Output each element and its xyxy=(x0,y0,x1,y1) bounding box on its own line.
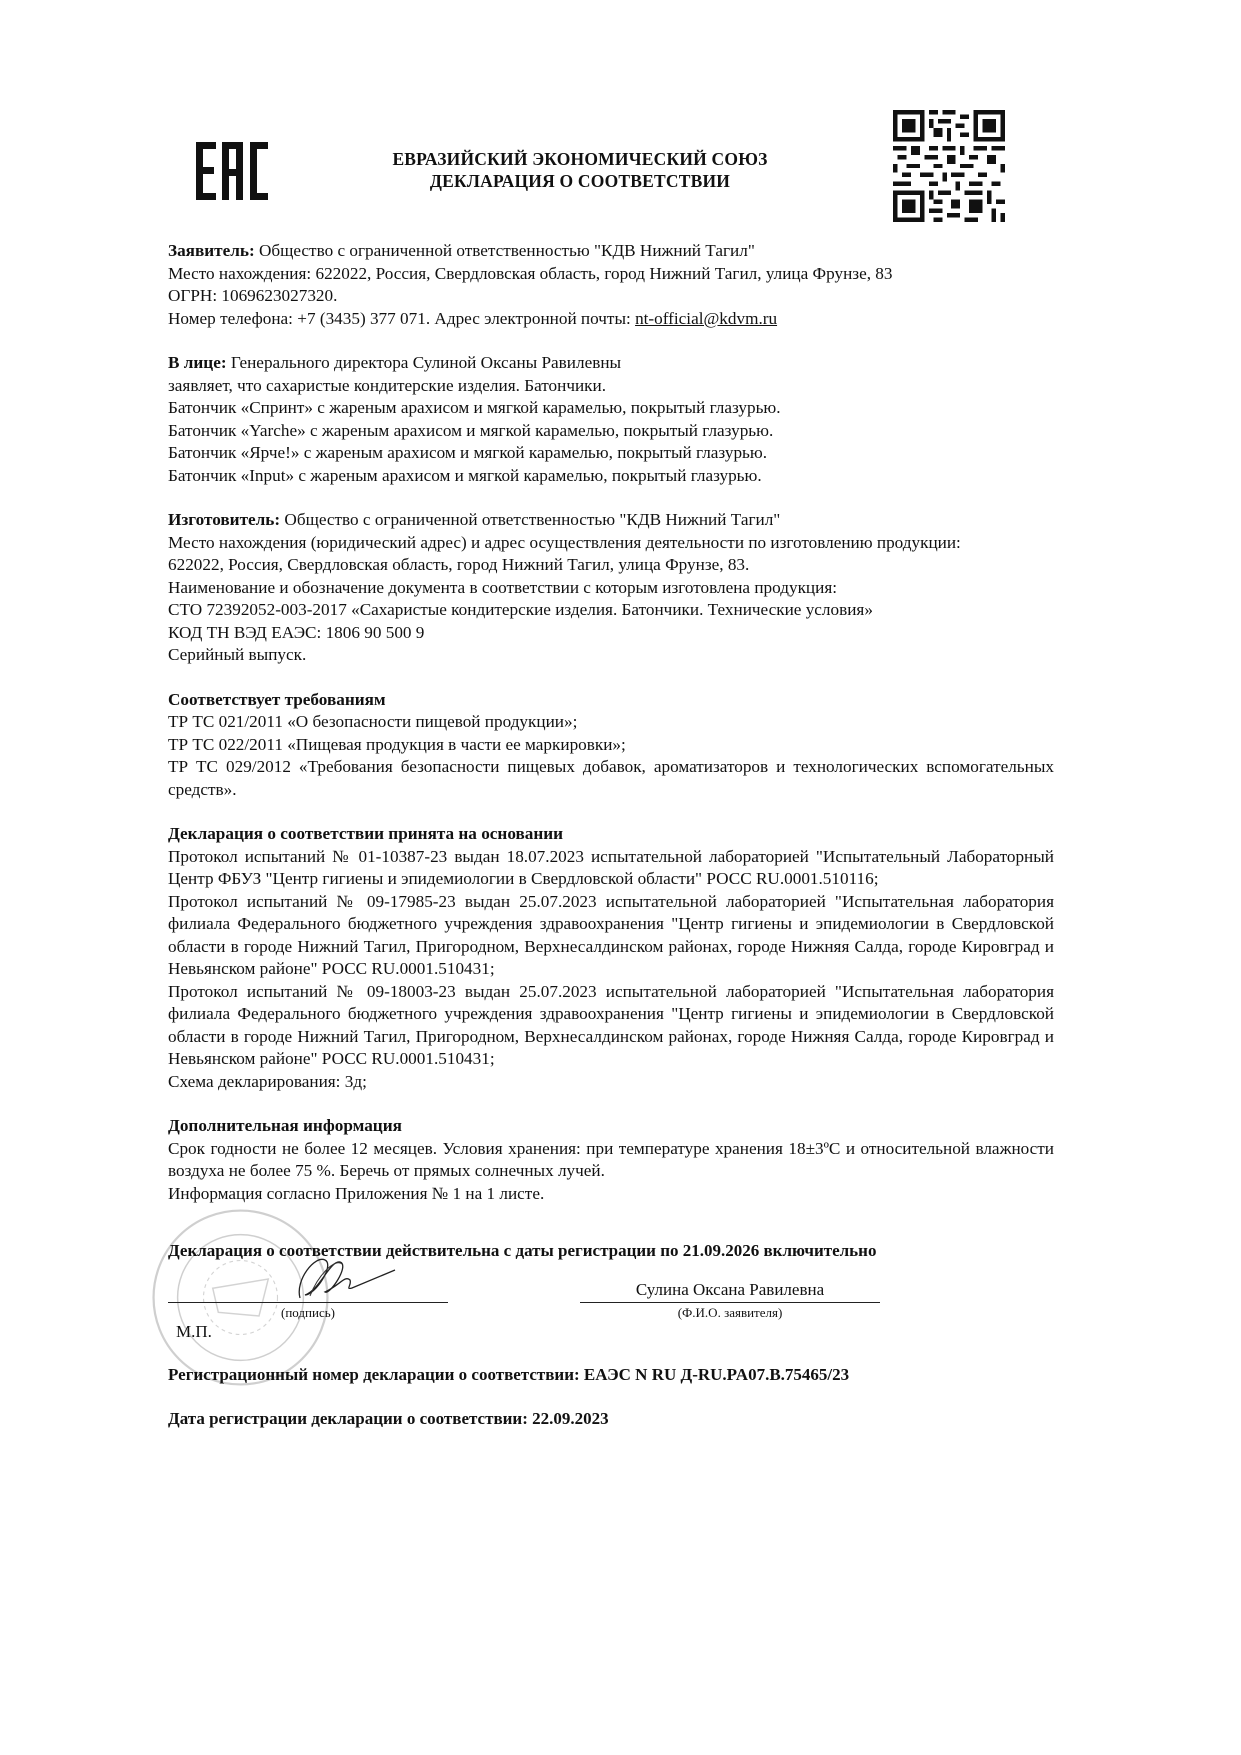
applicant-email-link[interactable]: nt-official@kdvm.ru xyxy=(635,309,777,328)
product-item: Батончик «Yarche» с жареным арахисом и м… xyxy=(168,420,1054,443)
manufacturer-address-label: Место нахождения (юридический адрес) и а… xyxy=(168,532,1054,555)
applicant-address: Место нахождения: 622022, Россия, Свердл… xyxy=(168,263,1054,286)
requirement-item: ТР ТС 021/2011 «О безопасности пищевой п… xyxy=(168,711,1054,734)
representative-line: В лице: Генерального директора Сулиной О… xyxy=(168,352,1054,375)
protocol-item: Протокол испытаний № 09-17985-23 выдан 2… xyxy=(168,891,1054,981)
manufacturer-tn-ved: КОД ТН ВЭД ЕАЭС: 1806 90 500 9 xyxy=(168,622,1054,645)
representative-text: Генерального директора Сулиной Оксаны Ра… xyxy=(227,353,622,372)
qr-code-icon[interactable] xyxy=(893,110,1005,222)
appendix-text: Информация согласно Приложения № 1 на 1 … xyxy=(168,1183,1054,1206)
validity-statement: Декларация о соответствии действительна … xyxy=(168,1241,876,1261)
requirement-item: ТР ТС 022/2011 «Пищевая продукция в част… xyxy=(168,734,1054,757)
requirements-heading: Соответствует требованиям xyxy=(168,689,1054,712)
requirements-section: Соответствует требованиям ТР ТС 021/2011… xyxy=(168,689,1054,802)
product-item: Батончик «Спринт» с жареным арахисом и м… xyxy=(168,397,1054,420)
applicant-ogrn: ОГРН: 1069623027320. xyxy=(168,285,1054,308)
signer-name-line xyxy=(580,1302,880,1303)
manufacturer-release: Серийный выпуск. xyxy=(168,644,1054,667)
declaration-page: ЕВРАЗИЙСКИЙ ЭКОНОМИЧЕСКИЙ СОЮЗ ДЕКЛАРАЦИ… xyxy=(0,0,1241,1755)
manufacturer-doc-label: Наименование и обозначение документа в с… xyxy=(168,577,1054,600)
page-title: ЕВРАЗИЙСКИЙ ЭКОНОМИЧЕСКИЙ СОЮЗ ДЕКЛАРАЦИ… xyxy=(300,148,860,192)
applicant-phone: Номер телефона: +7 (3435) 377 071. Адрес… xyxy=(168,309,635,328)
signer-name: Сулина Оксана Равилевна xyxy=(580,1280,880,1300)
registration-date: Дата регистрации декларации о соответств… xyxy=(168,1409,609,1429)
declaration-body: Заявитель: Общество с ограниченной ответ… xyxy=(168,240,1054,1205)
applicant-name: Общество с ограниченной ответственностью… xyxy=(255,241,755,260)
representative-section: В лице: Генерального директора Сулиной О… xyxy=(168,352,1054,487)
manufacturer-line: Изготовитель: Общество с ограниченной от… xyxy=(168,509,1054,532)
protocol-item: Протокол испытаний № 09-18003-23 выдан 2… xyxy=(168,981,1054,1071)
signature-line xyxy=(168,1302,448,1303)
declares-text: заявляет, что сахаристые кондитерские из… xyxy=(168,375,1054,398)
basis-section: Декларация о соответствии принята на осн… xyxy=(168,823,1054,1093)
title-union: ЕВРАЗИЙСКИЙ ЭКОНОМИЧЕСКИЙ СОЮЗ xyxy=(300,148,860,170)
spacer xyxy=(168,801,1054,823)
representative-label: В лице: xyxy=(168,353,227,372)
requirement-item: ТР ТС 029/2012 «Требования безопасности … xyxy=(168,756,1054,801)
signer-label: (Ф.И.О. заявителя) xyxy=(580,1305,880,1321)
manufacturer-section: Изготовитель: Общество с ограниченной от… xyxy=(168,509,1054,667)
applicant-contacts: Номер телефона: +7 (3435) 377 071. Адрес… xyxy=(168,308,1054,331)
manufacturer-doc: СТО 72392052-003-2017 «Сахаристые кондит… xyxy=(168,599,1054,622)
product-item: Батончик «Input» с жареным арахисом и мя… xyxy=(168,465,1054,488)
spacer xyxy=(168,487,1054,509)
product-item: Батончик «Ярче!» с жареным арахисом и мя… xyxy=(168,442,1054,465)
signature-icon xyxy=(290,1250,400,1302)
additional-section: Дополнительная информация Срок годности … xyxy=(168,1115,1054,1205)
manufacturer-address: 622022, Россия, Свердловская область, го… xyxy=(168,554,1054,577)
applicant-section: Заявитель: Общество с ограниченной ответ… xyxy=(168,240,1054,330)
applicant-label: Заявитель: xyxy=(168,241,255,260)
manufacturer-label: Изготовитель: xyxy=(168,510,280,529)
spacer xyxy=(168,1093,1054,1115)
basis-heading: Декларация о соответствии принята на осн… xyxy=(168,823,1054,846)
additional-heading: Дополнительная информация xyxy=(168,1115,1054,1138)
spacer xyxy=(168,330,1054,352)
manufacturer-name: Общество с ограниченной ответственностью… xyxy=(280,510,780,529)
applicant-line: Заявитель: Общество с ограниченной ответ… xyxy=(168,240,1054,263)
eac-logo-icon xyxy=(196,142,268,200)
additional-text: Срок годности не более 12 месяцев. Услов… xyxy=(168,1138,1054,1183)
spacer xyxy=(168,667,1054,689)
title-declaration: ДЕКЛАРАЦИЯ О СООТВЕТСТВИИ xyxy=(300,170,860,192)
protocol-item: Протокол испытаний № 01-10387-23 выдан 1… xyxy=(168,846,1054,891)
registration-number: Регистрационный номер декларации о соотв… xyxy=(168,1365,849,1385)
declaration-scheme: Схема декларирования: 3д; xyxy=(168,1071,1054,1094)
stamp-place-label: М.П. xyxy=(176,1322,212,1342)
signature-label: (подпись) xyxy=(168,1305,448,1321)
